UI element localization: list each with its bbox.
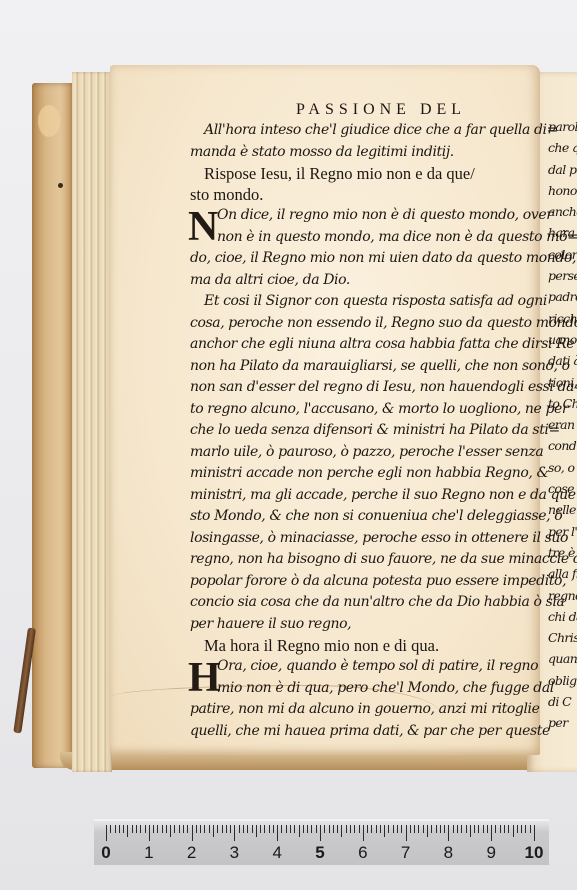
ruler-tick [418,825,419,833]
ruler-tick [243,825,244,833]
ruler-tick [269,825,270,833]
text-line: ministri, ma gli accade, perche il suo R… [190,485,520,507]
text-line: cond [548,435,577,456]
ruler-label: 8 [444,843,453,863]
ruler-tick [487,825,488,833]
ruler-tick [226,825,227,833]
text-line: non san d'esser del regno di Iesu, non h… [190,377,520,399]
ruler-tick [281,825,282,833]
cover-stain [38,105,60,137]
text-line: ma da altri cioe, da Dio. [190,270,520,292]
ruler-tick [495,825,496,833]
text-line: cosa, peroche non essendo il, Regno suo … [190,313,520,335]
text-line: cose [548,478,577,499]
ruler-tick [320,825,321,841]
text-line: On dice, il regno mio non è di questo mo… [190,205,520,227]
text-line: dati à [548,350,577,371]
ruler-tick [363,825,364,841]
ruler-tick [192,825,193,841]
ruler-tick [388,825,389,833]
ruler-tick [140,825,141,833]
ruler-tick [491,825,492,841]
text-line: patire, non mi da alcuno in gouerno, anz… [190,699,520,721]
ruler-tick [174,825,175,833]
ruler-tick [162,825,163,833]
text-line: eran [548,414,577,435]
text-line: do, cioe, il Regno mio non mi uien dato … [190,248,520,270]
ruler-tick [204,825,205,833]
ruler-label: 2 [187,843,196,863]
ruler-tick [504,825,505,833]
ruler-ticks [106,825,534,845]
ruler-tick [431,825,432,833]
ruler-tick [217,825,218,833]
ruler-tick [410,825,411,833]
text-line: dal pa [548,159,577,180]
ruler-tick [414,825,415,833]
ruler-tick [324,825,325,833]
right-page-text-fragment: paroleche qudal pahonoriancho ahara acol… [548,116,577,734]
ruler-tick [123,825,124,833]
ruler-label: 0 [101,843,110,863]
text-line: manda è stato mosso da legitimi inditij. [190,142,520,164]
ruler-tick [521,825,522,833]
text-line: marlo uile, ò pauroso, ò pazzo, peroche … [190,442,520,464]
text-line: Et cosi il Signor con questa risposta sa… [190,291,520,313]
scripture-heading-line: Rispose Iesu, il Regno mio non e da que/ [190,163,520,184]
ruler-tick [115,825,116,833]
ruler-tick [153,825,154,833]
ruler-label: 9 [486,843,495,863]
ruler-tick [256,825,257,837]
ruler-tick [264,825,265,833]
ruler-tick [470,825,471,837]
ruler-tick [247,825,248,833]
text-line: di C [548,691,577,712]
ruler-tick [286,825,287,833]
text-line: nelle [548,499,577,520]
text-line: losingasse, ò minaciasse, peroche esso i… [190,528,520,550]
ruler-label: 5 [315,843,324,863]
ruler-tick [376,825,377,833]
paragraph-et: Et cosi il Signor con questa risposta sa… [190,291,520,635]
text-line: tre è [548,542,577,563]
text-line: non ha Pilato da marauigliarsi, se quell… [190,356,520,378]
ruler-tick [273,825,274,833]
left-page-text: PASSIONE DEL All'hora inteso che'l giudi… [190,100,520,742]
ruler-tick [359,825,360,833]
ruler-tick [307,825,308,833]
ruler-labels: 012345678910 [106,843,534,863]
text-line: to regno alcuno, l'accusano, & morto lo … [190,399,520,421]
ruler-tick [508,825,509,833]
text-line: per l'a [548,521,577,542]
ruler-tick [461,825,462,833]
text-line: quelli, che mi hauea prima dati, & par c… [190,721,520,743]
running-head: PASSIONE DEL [242,100,520,120]
ruler-tick [145,825,146,833]
measurement-ruler: 012345678910 [94,819,549,865]
text-line: alla fi [548,563,577,584]
ruler-tick [483,825,484,833]
text-line: anchor che egli niuna altra cosa habbia … [190,334,520,356]
text-line: perseu [548,265,577,286]
text-line: Ora, cioe, quando è tempo sol di patire,… [190,656,520,678]
text-line: che qu [548,137,577,158]
ruler-tick [196,825,197,833]
text-line: non è in questo mondo, ma dice non è da … [190,227,520,249]
text-line: honori [548,180,577,201]
scripture-heading-line: Ma hora il Regno mio non e di qua. [190,635,520,656]
text-line: chi da [548,606,577,627]
ruler-tick [222,825,223,833]
ruler-tick [466,825,467,833]
ruler-tick [252,825,253,833]
scripture-heading-line: sto mondo. [190,184,520,205]
text-line: ricche [548,308,577,329]
ruler-tick [530,825,531,833]
ruler-tick [354,825,355,833]
ruler-tick [448,825,449,841]
ruler-tick [127,825,128,837]
ruler-tick [316,825,317,833]
ruler-tick [277,825,278,841]
ruler-tick [187,825,188,833]
ruler-tick [371,825,372,833]
ruler-label: 3 [230,843,239,863]
text-line: so, o [548,457,577,478]
ruler-tick [500,825,501,833]
ruler-tick [440,825,441,833]
ruler-tick [290,825,291,833]
ruler-tick [474,825,475,833]
text-line: sto Mondo, & che non si conueniua che'l … [190,506,520,528]
ruler-tick [333,825,334,833]
text-line: coloro, [548,244,577,265]
cover-hole [58,183,63,188]
ruler-tick [149,825,150,841]
ruler-tick [179,825,180,833]
dropcap-n: N [188,207,218,247]
ruler-tick [427,825,428,837]
text-line: oblig [548,670,577,691]
ruler-tick [299,825,300,837]
text-line: Chris [548,627,577,648]
ruler-tick [260,825,261,833]
text-line: per hauere il suo regno, [190,614,520,636]
ruler-tick [534,825,535,841]
book-cover-spine [32,83,72,768]
ruler-tick [478,825,479,833]
ruler-tick [341,825,342,837]
ruler-tick [209,825,210,833]
text-line: hara a [548,222,577,243]
text-line: ministri accade non perche egli non habb… [190,463,520,485]
ruler-tick [525,825,526,833]
ruler-tick [346,825,347,833]
text-line: concio sia cosa che da nun'altro che da … [190,592,520,614]
ruler-tick [329,825,330,833]
text-line: tioni, [548,372,577,393]
ruler-tick [311,825,312,833]
text-line: regno, non ha bisogno di suo fauore, ne … [190,549,520,571]
text-line: padre, [548,286,577,307]
ruler-tick [513,825,514,837]
text-line: to Ch [548,393,577,414]
ruler-tick [230,825,231,833]
dropcap-h: H [188,658,221,698]
text-line: uano a [548,329,577,350]
ruler-tick [393,825,394,833]
ruler-tick [183,825,184,833]
ruler-tick [367,825,368,833]
ruler-tick [119,825,120,833]
text-line: per [548,712,577,733]
ruler-tick [200,825,201,833]
ruler-tick [234,825,235,841]
text-line: popolar forore ò da alcuna potesta puo e… [190,571,520,593]
ruler-tick [166,825,167,833]
ruler-tick [136,825,137,833]
ruler-tick [350,825,351,833]
page-stack-edges [72,72,112,772]
ruler-tick [453,825,454,833]
text-line: ancho a [548,201,577,222]
text-line: che lo ueda senza difensori & ministri h… [190,420,520,442]
ruler-tick [384,825,385,837]
ruler-tick [423,825,424,833]
ruler-tick [436,825,437,833]
text-line: parole [548,116,577,137]
text-line: All'hora inteso che'l giudice dice che a… [190,120,520,142]
ruler-tick [170,825,171,837]
ruler-label: 6 [358,843,367,863]
ruler-tick [157,825,158,833]
ruler-label: 10 [525,843,544,863]
ruler-tick [132,825,133,833]
text-line: quan [548,648,577,669]
ruler-tick [337,825,338,833]
ruler-label: 7 [401,843,410,863]
ruler-tick [401,825,402,833]
text-line: mio non è di qua, pero che'l Mondo, che … [190,678,520,700]
paragraph-n: N On dice, il regno mio non è di questo … [190,205,520,291]
ruler-label: 1 [144,843,153,863]
ruler-tick [110,825,111,833]
ruler-tick [213,825,214,837]
ruler-tick [517,825,518,833]
paragraph-h: H Ora, cioe, quando è tempo sol di patir… [190,656,520,742]
ruler-tick [406,825,407,841]
ruler-tick [397,825,398,833]
text-line: regno [548,585,577,606]
ruler-tick [303,825,304,833]
ruler-tick [457,825,458,833]
ruler-tick [239,825,240,833]
ruler-label: 4 [272,843,281,863]
ruler-tick [294,825,295,833]
ruler-tick [444,825,445,833]
ruler-tick [380,825,381,833]
ruler-tick [106,825,107,841]
